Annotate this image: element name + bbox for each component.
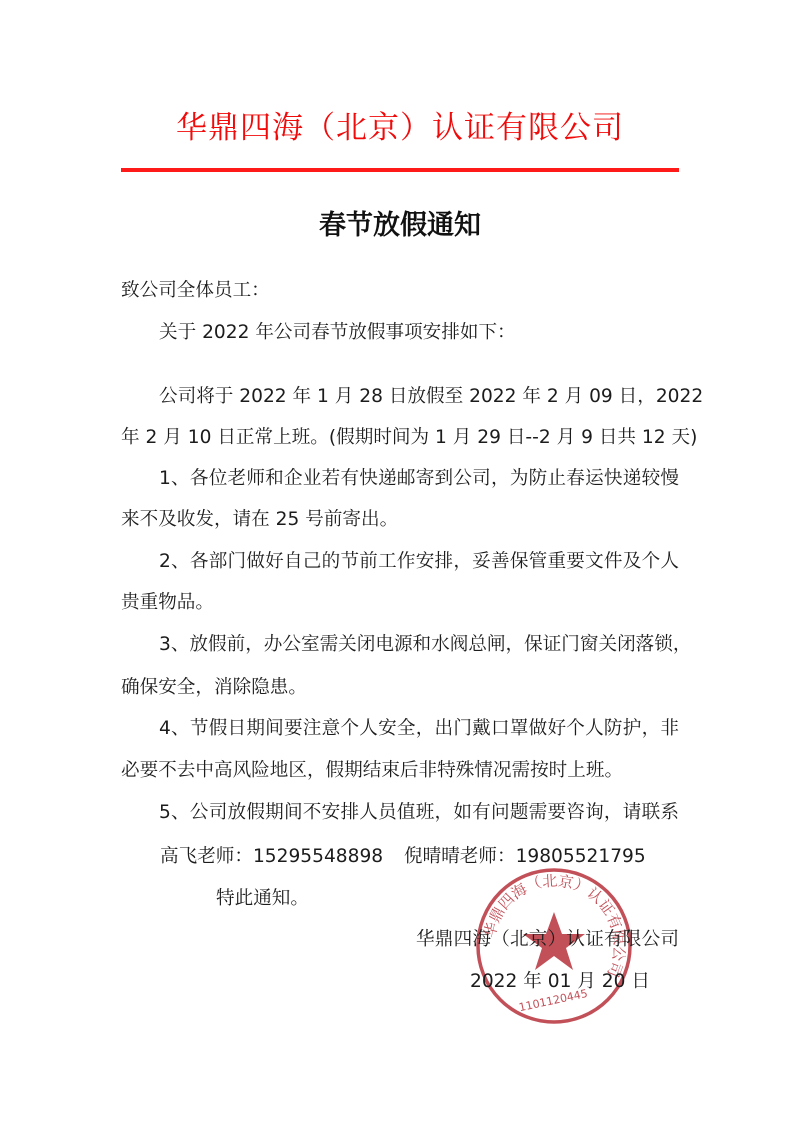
- item-1-line-1: 1、各位老师和企业若有快递邮寄到公司，为防止春运快递较慢: [159, 464, 679, 494]
- contact-gaofei: 高飞老师：15295548898: [160, 846, 383, 867]
- letterhead-divider: [121, 168, 679, 172]
- item-3-line-2: 确保安全，消除隐患。: [121, 673, 307, 703]
- salutation: 致公司全体员工：: [121, 276, 270, 306]
- item-4-line-1: 4、节假日期间要注意个人安全，出门戴口罩做好个人防护，非: [159, 714, 679, 744]
- item-5-line-1: 5、公司放假期间不安排人员值班，如有问题需要咨询，请联系: [159, 798, 679, 828]
- notice-title: 春节放假通知: [121, 206, 679, 246]
- closing-text: 特此通知。: [216, 884, 309, 914]
- contact-line: 高飞老师：15295548898 倪晴晴老师：19805521795: [160, 842, 383, 872]
- schedule-line-2: 年 2 月 10 日正常上班。(假期时间为 1 月 29 日--2 月 9 日共…: [121, 423, 679, 453]
- contact-niqingqing: 倪晴晴老师：19805521795: [404, 842, 646, 872]
- item-3-line-1: 3、放假前，办公室需关闭电源和水阀总闸，保证门窗关闭落锁，: [159, 630, 679, 660]
- item-2-line-2: 贵重物品。: [121, 588, 214, 618]
- signature-date: 2022 年 01 月 20 日: [470, 967, 650, 997]
- company-letterhead: 华鼎四海（北京）认证有限公司: [121, 106, 679, 150]
- item-1-line-2: 来不及收发，请在 25 号前寄出。: [121, 505, 398, 535]
- item-4-line-2: 必要不去中高风险地区，假期结束后非特殊情况需按时上班。: [121, 756, 623, 786]
- document-page: 华鼎四海（北京）认证有限公司 春节放假通知 致公司全体员工： 关于 2022 年…: [0, 0, 800, 1132]
- schedule-line-1: 公司将于 2022 年 1 月 28 日放假至 2022 年 2 月 09 日，…: [159, 382, 679, 412]
- intro-text: 关于 2022 年公司春节放假事项安排如下：: [159, 318, 516, 348]
- signature-company: 华鼎四海（北京）认证有限公司: [416, 925, 679, 955]
- item-2-line-1: 2、各部门做好自己的节前工作安排，妥善保管重要文件及个人: [159, 547, 679, 577]
